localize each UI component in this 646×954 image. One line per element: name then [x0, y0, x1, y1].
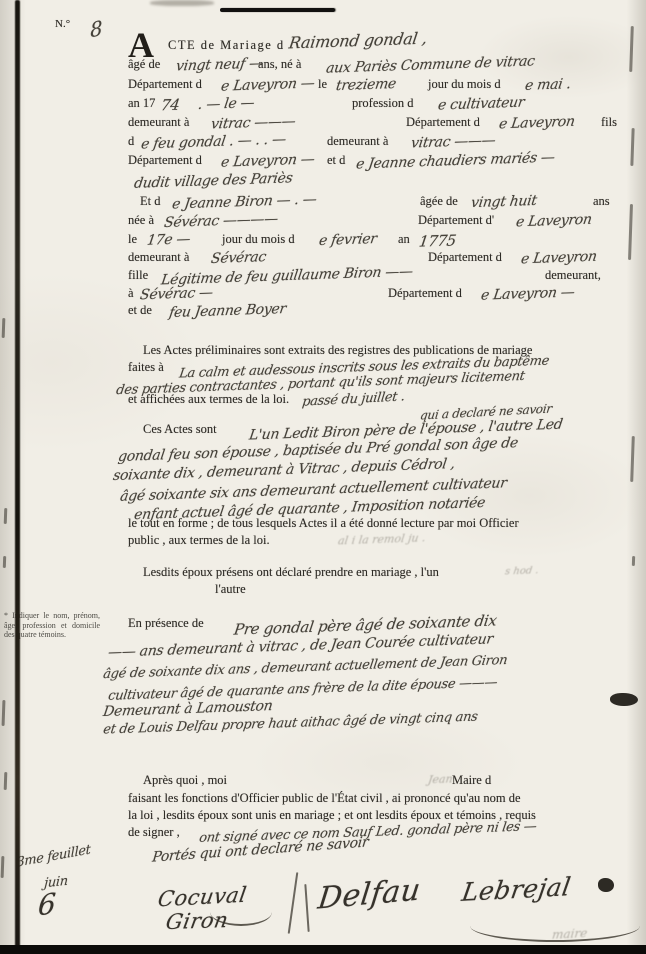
handwritten-text: . — le — — [197, 96, 255, 113]
handwritten-text: aux Pariès Commune de vitrac — [325, 54, 536, 77]
printed-text: Département d — [406, 116, 480, 130]
ink-blob — [598, 878, 614, 892]
handwritten-text: dudit village des Pariès — [133, 171, 293, 192]
printed-text: Ces Actes sont — [143, 423, 217, 437]
printed-text: Après quoi , moi — [143, 774, 227, 788]
faint-ink: al i la remol ju . — [337, 532, 426, 547]
signature: Delfau — [316, 873, 422, 915]
handwritten-text: vingt neuf — — [175, 56, 264, 75]
printed-text: Et d — [140, 195, 160, 209]
handwritten-text: vitrac ——— — [210, 114, 296, 132]
printed-text: fils — [601, 116, 617, 130]
printed-text: CTE de Mariage d — [168, 39, 285, 53]
printed-text: et affichées aux termes de la loi. — [128, 393, 289, 407]
handwritten-text: vingt huit — [470, 194, 538, 212]
printed-text: le — [318, 78, 327, 92]
handwritten-text: e Laveyron — [498, 115, 576, 133]
signature: 6 — [37, 888, 57, 922]
printed-text: Lesdits époux présens ont déclaré prendr… — [143, 566, 439, 580]
handwritten-text: Sévérac — [210, 250, 267, 267]
handwritten-text: e Laveyron — — [220, 152, 316, 171]
printed-text: public , aux termes de la loi. — [128, 534, 270, 548]
handwritten-text: feu Jeanne Boyer — [168, 302, 287, 322]
printed-text: ans, né à — [258, 58, 301, 72]
edge-tick — [632, 556, 635, 566]
printed-text: née à — [128, 214, 154, 228]
printed-text: profession d — [352, 97, 413, 111]
handwritten-text: e Laveyron — [520, 250, 598, 268]
handwritten-text: 3me feuillet — [17, 843, 91, 871]
handwritten-text: passé du juillet . — [301, 390, 405, 410]
printed-text: Maire d — [452, 774, 491, 788]
faint-ink: s hod . — [504, 565, 539, 577]
edge-tick — [630, 436, 635, 482]
printed-text: l'autre — [215, 583, 246, 597]
printed-text: d — [128, 135, 134, 149]
printed-text: Département d — [428, 251, 502, 265]
pen-stroke — [288, 872, 299, 934]
printed-text: demeurant, — [545, 269, 601, 283]
edge-tick — [628, 204, 633, 260]
faint-ink: Jean — [427, 774, 453, 787]
handwritten-text: e Jeanne chaudiers mariés — — [355, 150, 556, 172]
top-rule — [220, 8, 335, 12]
edge-tick — [630, 128, 634, 166]
printed-text: âgé de — [128, 58, 160, 72]
printed-text: demeurant à — [128, 251, 189, 265]
handwritten-text: 74 — [160, 97, 181, 114]
top-smudge — [150, 0, 214, 6]
pen-stroke — [304, 884, 309, 932]
binding-edge-line — [15, 0, 20, 948]
handwritten-text: trezieme — [335, 77, 397, 95]
printed-text: et d — [327, 154, 345, 168]
printed-text: demeurant à — [128, 116, 189, 130]
printed-text: le tout en forme ; de tous lesquels Acte… — [128, 517, 519, 531]
printed-text: ans — [593, 195, 610, 209]
edge-tick — [2, 318, 6, 338]
edge-tick — [4, 772, 8, 790]
flourish-curve — [210, 898, 272, 926]
handwritten-text: cultivateur âgé de quarante ans frère de… — [107, 676, 498, 704]
handwritten-text: Sévérac — — [139, 286, 214, 304]
handwritten-text: Sévérac ———— — [163, 212, 279, 231]
printed-text: demeurant à — [327, 135, 388, 149]
handwritten-text: e feu gondal . — . . — — [140, 132, 287, 153]
printed-text: En présence de — [128, 617, 204, 631]
printed-text: Département d' — [418, 214, 494, 228]
printed-text: Département d — [388, 287, 462, 301]
printed-text: jour du mois d — [222, 233, 295, 247]
printed-text: N.° — [55, 18, 70, 30]
marriage-act-scan: * Indiquer le nom, prénom, âge, professi… — [0, 0, 646, 954]
printed-text: jour du mois d — [428, 78, 501, 92]
printed-text: faisant les fonctions d'Officier public … — [128, 792, 521, 806]
edge-tick — [1, 856, 5, 878]
handwritten-text: vitrac ——— — [410, 133, 496, 151]
handwritten-text: e Jeanne Biron — . — — [171, 192, 318, 213]
printed-text: à — [128, 287, 134, 301]
handwritten-text: 1775 — [418, 232, 457, 250]
printed-text: Département d — [128, 154, 202, 168]
signature: Lebrejal — [460, 873, 573, 906]
printed-text: âgée de — [420, 195, 458, 209]
flourish-curve — [470, 910, 640, 942]
edge-tick — [2, 700, 6, 726]
edge-tick — [3, 556, 6, 568]
printed-text: an 17 — [128, 97, 155, 111]
edge-tick — [629, 26, 634, 72]
handwritten-text: 17e — — [146, 232, 191, 249]
printed-text: et de — [128, 304, 152, 318]
printed-text: de signer , — [128, 826, 180, 840]
ink-blob — [610, 693, 638, 706]
scan-bottom-bar — [0, 945, 646, 954]
handwritten-text: e cultivateur — [437, 95, 525, 113]
handwritten-text: e mai . — [524, 77, 572, 94]
printed-text: an — [398, 233, 410, 247]
handwritten-text: 8 — [90, 17, 103, 42]
handwritten-text: e Laveyron — — [220, 76, 316, 95]
printed-text: fille — [128, 269, 148, 283]
printed-text: le — [128, 233, 137, 247]
printed-text: Département d — [128, 78, 202, 92]
handwritten-text: Raimond gondal , — [288, 30, 428, 53]
handwritten-text: e fevrier — [318, 232, 378, 249]
handwritten-text: e Laveyron — — [480, 285, 576, 304]
handwritten-text: e Laveyron — [515, 213, 593, 231]
edge-tick — [4, 508, 8, 524]
printed-text: faites à — [128, 361, 164, 375]
